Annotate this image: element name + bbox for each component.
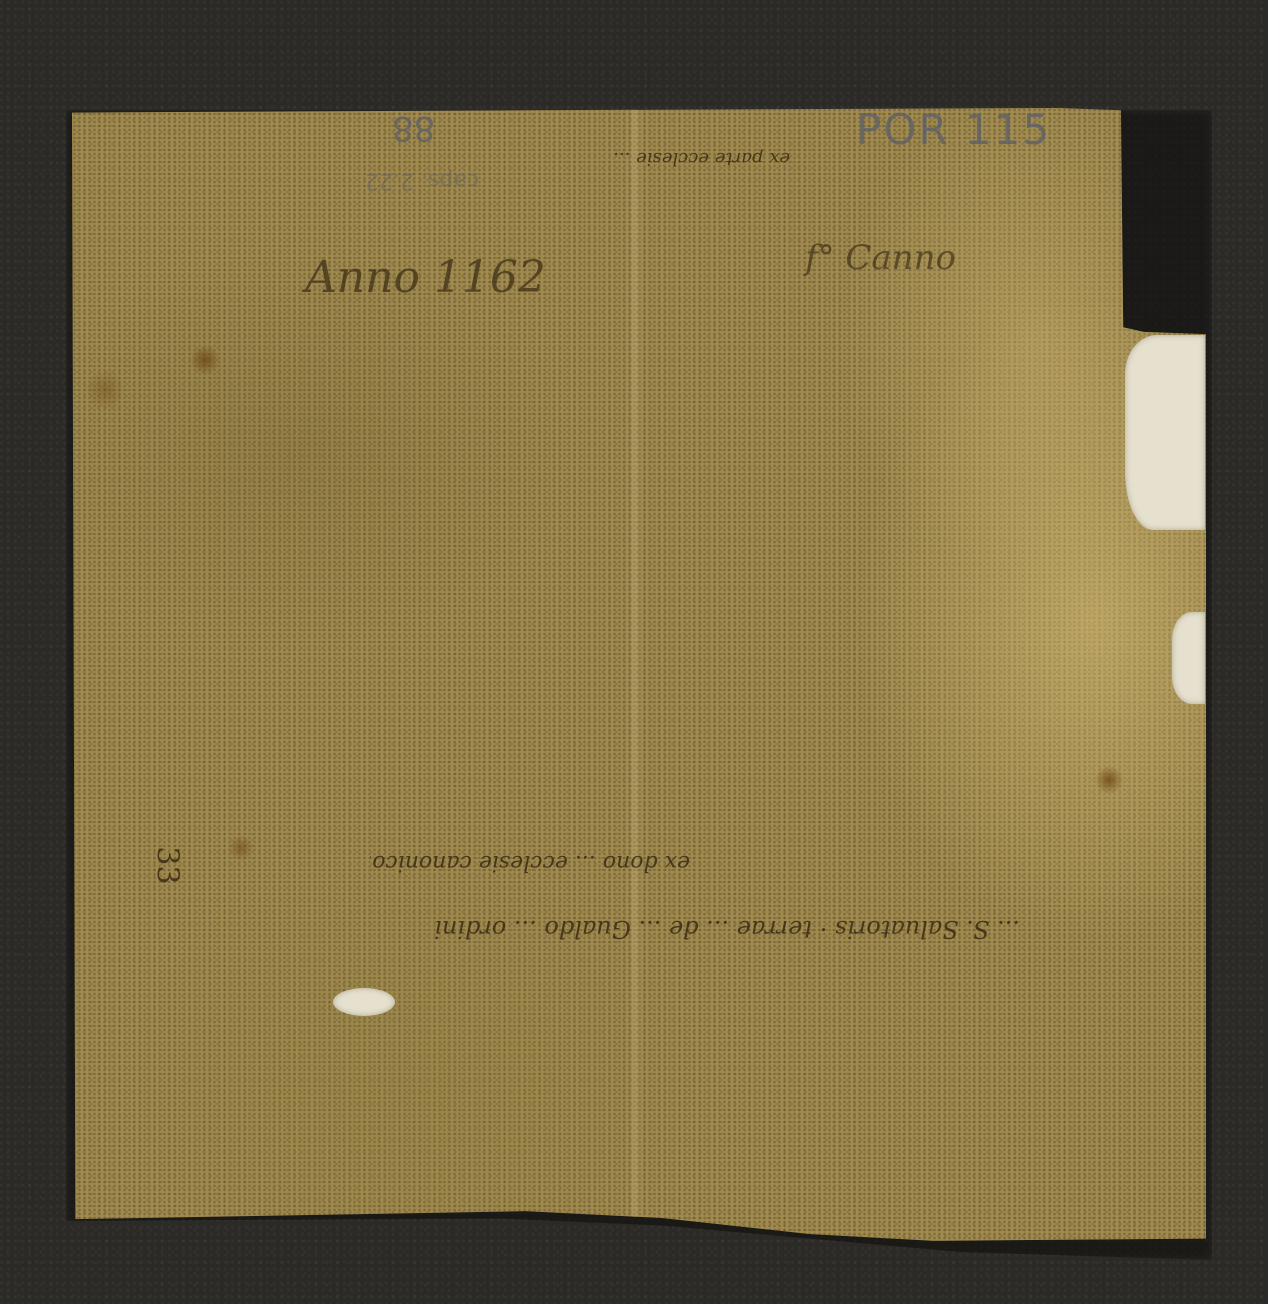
- parchment-sheet: [72, 108, 1206, 1250]
- hole-lower-left: [333, 988, 395, 1016]
- side-number-33: 33: [150, 846, 185, 884]
- repair-paper-lower-right: [1172, 612, 1205, 704]
- folio-note: f° Canno: [805, 238, 956, 278]
- shelfmark-por-115: POR 115: [856, 105, 1051, 154]
- stain: [190, 345, 220, 375]
- upside-down-lower-note-1: ex dono ... ecclesie canonicorum: [370, 850, 690, 875]
- stain: [228, 835, 254, 861]
- year-note: Anno 1162: [305, 252, 546, 303]
- repair-paper-upper-right: [1125, 335, 1205, 530]
- stain: [1095, 765, 1123, 795]
- upside-down-top-note: ex parte ecclesie ...: [545, 148, 790, 169]
- stain: [85, 370, 125, 410]
- number-88: 88: [392, 108, 435, 148]
- upside-down-lower-note-2: ... S. Saluatoris · terrae ... de ... Gu…: [395, 915, 1020, 943]
- faded-pencil-note: caps. 2.22: [365, 168, 479, 193]
